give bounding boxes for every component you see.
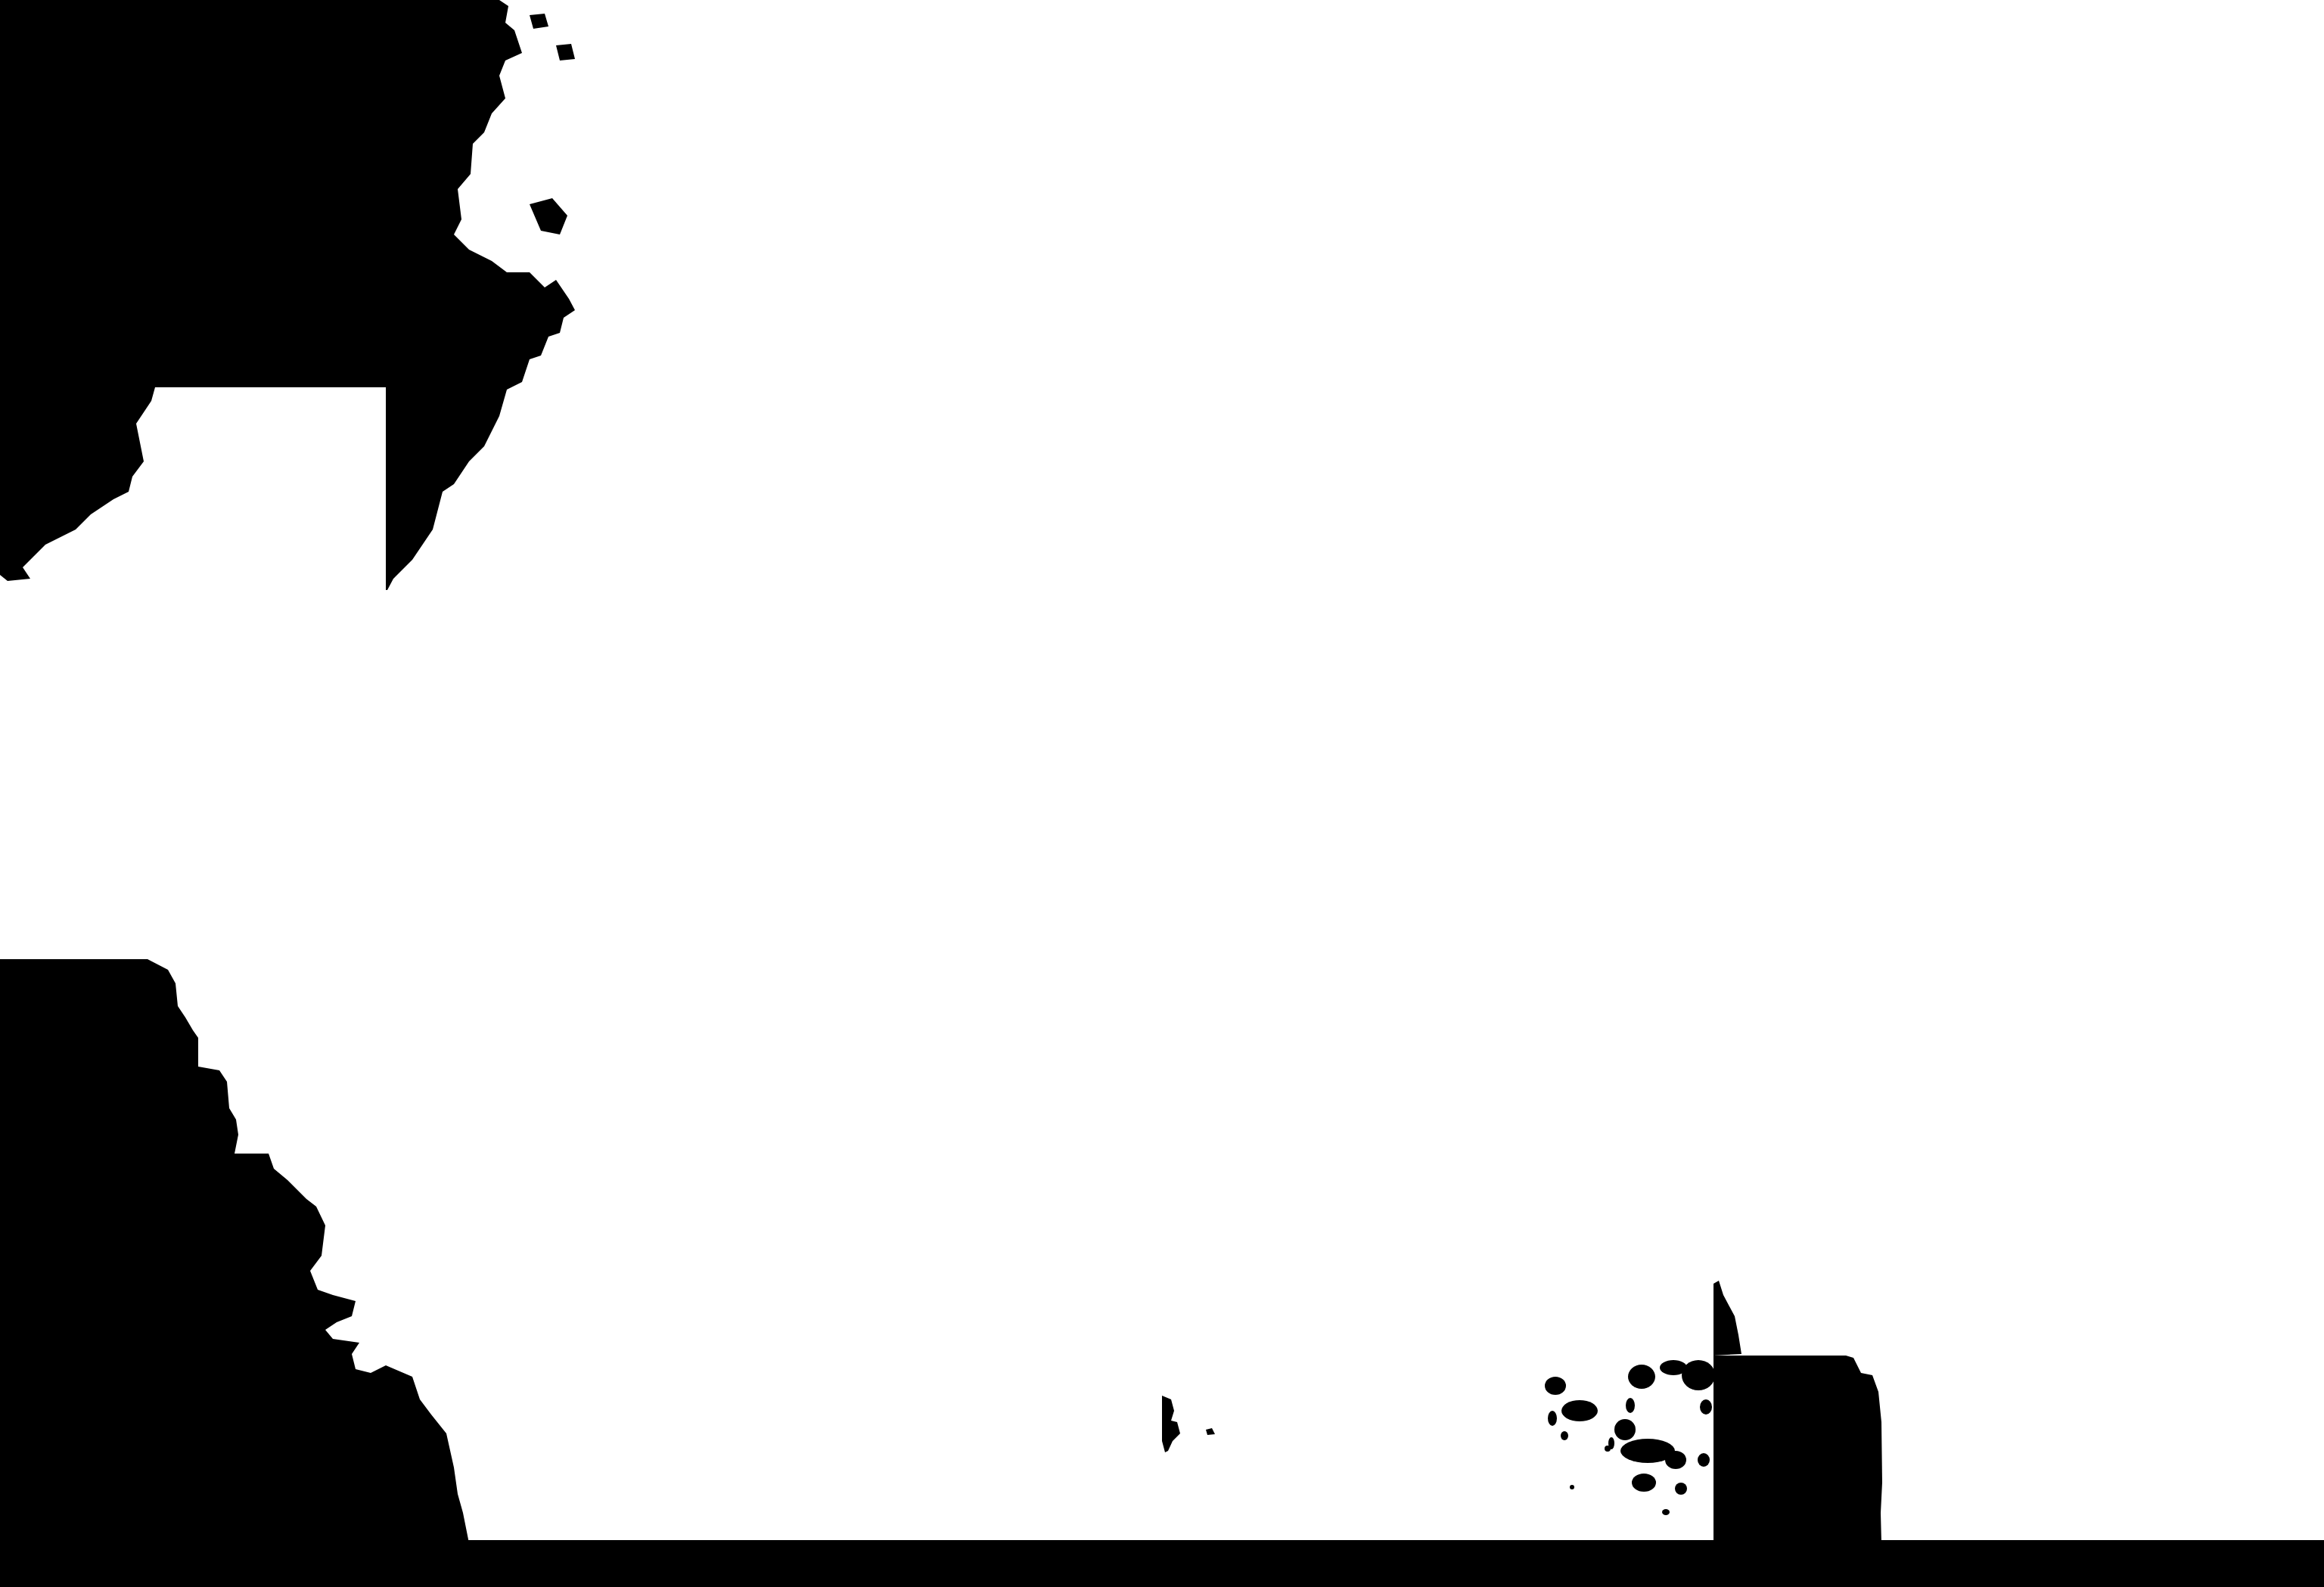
bottom-band (0, 1540, 2324, 1587)
top-left-step (0, 0, 386, 387)
lower-right-block (1713, 1356, 1882, 1543)
mask-svg (0, 0, 2324, 1587)
mask-image (0, 0, 2324, 1587)
